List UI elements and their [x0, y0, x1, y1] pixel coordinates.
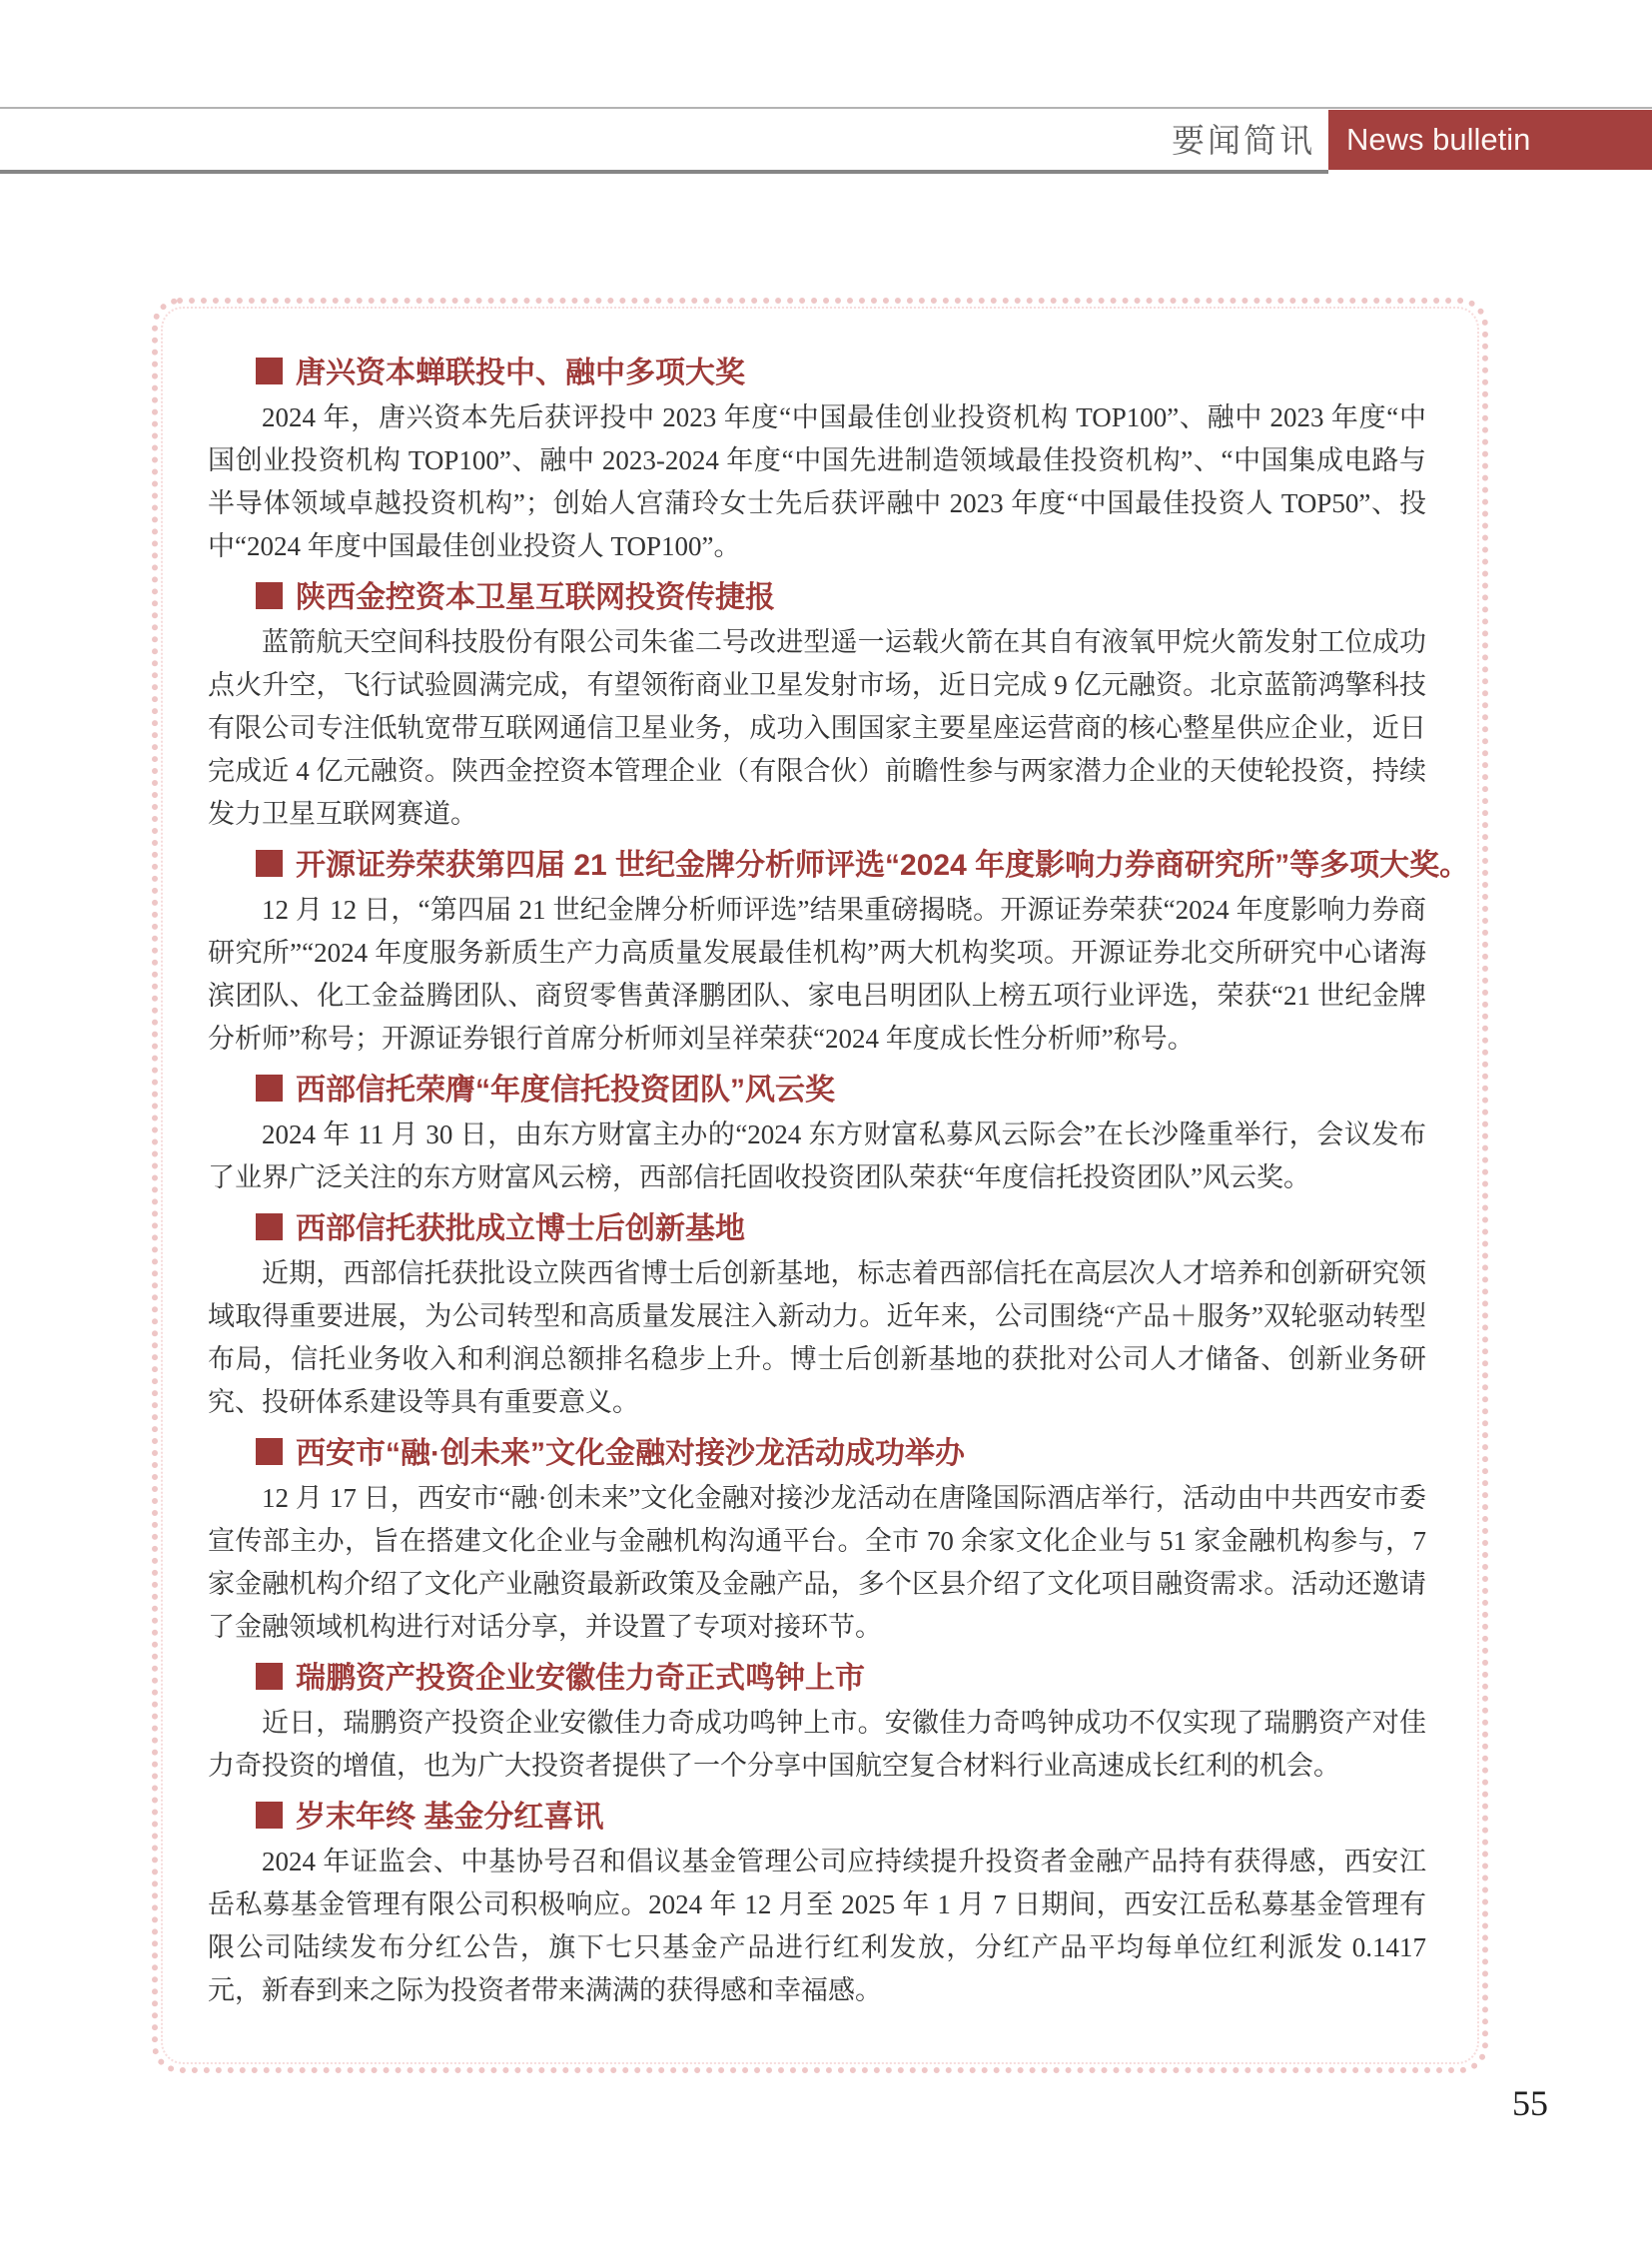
- header-label-zh: 要闻简讯: [1099, 121, 1315, 161]
- section-title: 开源证券荣获第四届 21 世纪金牌分析师评选“2024 年度影响力券商研究所”等…: [208, 844, 1426, 887]
- section-title-text: 陕西金控资本卫星互联网投资传捷报: [296, 581, 775, 614]
- section-body: 2024 年 11 月 30 日，由东方财富主办的“2024 东方财富私募风云际…: [208, 1114, 1426, 1199]
- section-body: 近日，瑞鹏资产投资企业安徽佳力奇成功鸣钟上市。安徽佳力奇鸣钟成功不仅实现了瑞鹏资…: [208, 1702, 1426, 1788]
- header-banner: News bulletin: [1328, 110, 1652, 170]
- square-bullet-icon: [256, 850, 283, 877]
- square-bullet-icon: [256, 1213, 283, 1240]
- square-bullet-icon: [256, 1802, 283, 1829]
- square-bullet-icon: [256, 582, 283, 609]
- section-title-text: 瑞鹏资产投资企业安徽佳力奇正式鸣钟上市: [296, 1662, 865, 1695]
- news-section-shaanxi-jinkong: 陕西金控资本卫星互联网投资传捷报 蓝箭航天空间科技股份有限公司朱雀二号改进型遥一…: [208, 576, 1426, 836]
- section-title-text: 岁末年终 基金分红喜讯: [296, 1801, 603, 1834]
- section-title-text: 唐兴资本蝉联投中、融中多项大奖: [296, 357, 745, 389]
- news-section-kaiyuan: 开源证券荣获第四届 21 世纪金牌分析师评选“2024 年度影响力券商研究所”等…: [208, 844, 1426, 1061]
- header-top-rule: [0, 107, 1652, 109]
- page: 要闻简讯 News bulletin 唐兴资本蝉联投中、融中多项大奖 2024 …: [0, 0, 1652, 2242]
- section-title: 瑞鹏资产投资企业安徽佳力奇正式鸣钟上市: [208, 1657, 1426, 1700]
- section-title: 西部信托荣膺“年度信托投资团队”风云奖: [208, 1069, 1426, 1112]
- header-label-en: News bulletin: [1346, 122, 1530, 157]
- square-bullet-icon: [256, 358, 283, 384]
- section-body: 蓝箭航天空间科技股份有限公司朱雀二号改进型遥一运载火箭在其自有液氧甲烷火箭发射工…: [208, 621, 1426, 836]
- page-number: 55: [1438, 2082, 1548, 2124]
- news-section-xibu-trust-award: 西部信托荣膺“年度信托投资团队”风云奖 2024 年 11 月 30 日，由东方…: [208, 1069, 1426, 1199]
- section-title: 岁末年终 基金分红喜讯: [208, 1796, 1426, 1839]
- section-title-text: 西部信托荣膺“年度信托投资团队”风云奖: [296, 1074, 835, 1107]
- news-section-xian-salon: 西安市“融·创未来”文化金融对接沙龙活动成功举办 12 月 17 日，西安市“融…: [208, 1432, 1426, 1649]
- header-bottom-rule: [0, 170, 1328, 174]
- section-title-text: 西安市“融·创未来”文化金融对接沙龙活动成功举办: [296, 1437, 965, 1470]
- section-title-text: 开源证券荣获第四届 21 世纪金牌分析师评选“2024 年度影响力券商研究所”等…: [296, 849, 1469, 882]
- square-bullet-icon: [256, 1075, 283, 1102]
- section-title: 西部信托获批成立博士后创新基地: [208, 1207, 1426, 1250]
- section-body: 12 月 17 日，西安市“融·创未来”文化金融对接沙龙活动在唐隆国际酒店举行，…: [208, 1477, 1426, 1649]
- news-section-ruipeng: 瑞鹏资产投资企业安徽佳力奇正式鸣钟上市 近日，瑞鹏资产投资企业安徽佳力奇成功鸣钟…: [208, 1657, 1426, 1788]
- square-bullet-icon: [256, 1438, 283, 1465]
- news-section-fund-dividend: 岁末年终 基金分红喜讯 2024 年证监会、中基协号召和倡议基金管理公司应持续提…: [208, 1796, 1426, 2012]
- news-section-xibu-trust-postdoc: 西部信托获批成立博士后创新基地 近期，西部信托获批设立陕西省博士后创新基地，标志…: [208, 1207, 1426, 1424]
- section-body: 2024 年，唐兴资本先后获评投中 2023 年度“中国最佳创业投资机构 TOP…: [208, 396, 1426, 568]
- section-title: 陕西金控资本卫星互联网投资传捷报: [208, 576, 1426, 619]
- news-section-tangxing: 唐兴资本蝉联投中、融中多项大奖 2024 年，唐兴资本先后获评投中 2023 年…: [208, 352, 1426, 568]
- section-body: 12 月 12 日，“第四届 21 世纪金牌分析师评选”结果重磅揭晓。开源证券荣…: [208, 889, 1426, 1061]
- news-box: 唐兴资本蝉联投中、融中多项大奖 2024 年，唐兴资本先后获评投中 2023 年…: [152, 298, 1488, 2073]
- section-title: 西安市“融·创未来”文化金融对接沙龙活动成功举办: [208, 1432, 1426, 1475]
- section-title-text: 西部信托获批成立博士后创新基地: [296, 1212, 745, 1245]
- section-body: 2024 年证监会、中基协号召和倡议基金管理公司应持续提升投资者金融产品持有获得…: [208, 1841, 1426, 2012]
- section-body: 近期，西部信托获批设立陕西省博士后创新基地，标志着西部信托在高层次人才培养和创新…: [208, 1252, 1426, 1424]
- square-bullet-icon: [256, 1663, 283, 1690]
- section-title: 唐兴资本蝉联投中、融中多项大奖: [208, 352, 1426, 394]
